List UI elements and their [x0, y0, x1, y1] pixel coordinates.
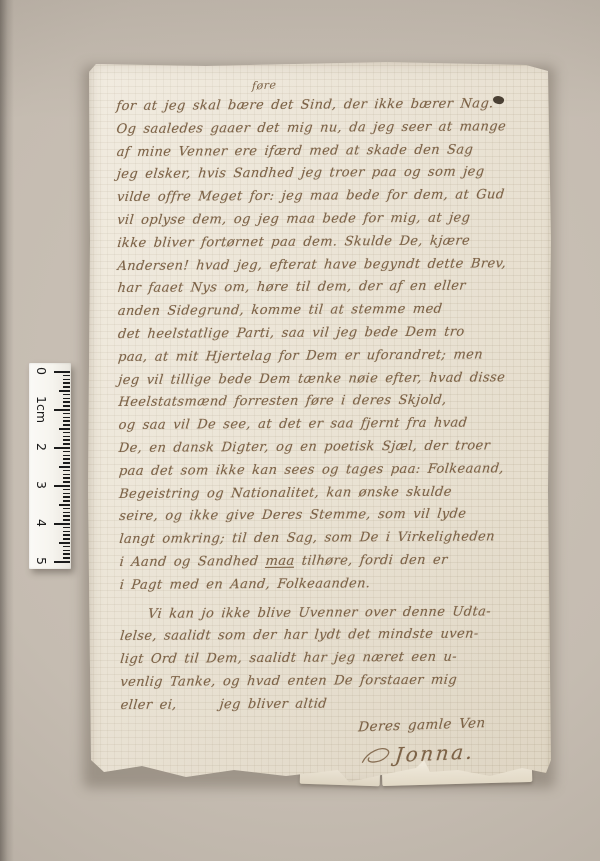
- ruler-tick: [59, 390, 70, 392]
- letter-line: Vi kan jo ikke blive Uvenner over denne …: [147, 601, 551, 627]
- ruler-tick: [63, 439, 70, 441]
- ruler-tick: [63, 420, 70, 422]
- ruler-tick: [54, 447, 70, 449]
- ruler-label: 0: [32, 358, 50, 384]
- ruler-label: 5: [32, 548, 50, 574]
- letter-line: Og saaledes gaaer det mig nu, da jeg see…: [115, 116, 547, 142]
- ruler-tick: [63, 477, 70, 479]
- ruler-tick: [63, 382, 70, 384]
- ruler-tick: [63, 531, 70, 533]
- ruler-tick: [54, 561, 70, 563]
- letter-line: seire, og ikke give Deres Stemme, som vi…: [118, 503, 550, 529]
- letter-line: langt omkring; til den Sag, som De i Vir…: [118, 526, 550, 552]
- ruler-tick: [63, 398, 70, 400]
- ruler-tick: [63, 500, 70, 502]
- ruler-label: 2: [32, 434, 50, 460]
- cm-ruler: 01cm2345: [29, 363, 71, 569]
- ruler-tick: [59, 504, 70, 506]
- ruler-tick: [54, 409, 70, 411]
- letter-line: ikke bliver fortørnet paa dem. Skulde De…: [116, 230, 548, 256]
- letter-signature: Jonna.: [394, 738, 476, 769]
- ruler-tick: [54, 371, 70, 373]
- ruler-tick: [63, 515, 70, 517]
- letter-line: i Aand og Sandhed maa tilhøre, fordi den…: [118, 549, 550, 575]
- ruler-tick: [63, 375, 70, 377]
- ruler-tick: [63, 432, 70, 434]
- ruler-tick: [63, 455, 70, 457]
- ruler-tick: [63, 462, 70, 464]
- letter-line: anden Sidegrund, komme til at stemme med: [117, 298, 549, 324]
- ruler-tick: [63, 481, 70, 483]
- ruler-tick: [63, 470, 70, 472]
- letter-line: i Pagt med en Aand, Folkeaanden.: [119, 572, 551, 598]
- ruler-tick: [63, 458, 70, 460]
- letter-line: jeg elsker, hvis Sandhed jeg troer paa o…: [116, 161, 548, 187]
- ruler-tick: [63, 401, 70, 403]
- ruler-tick: [63, 474, 70, 476]
- letter-signature-row: Jonna.: [360, 733, 554, 771]
- ruler-tick: [63, 557, 70, 559]
- letter-line: lelse, saalidt som der har lydt det mind…: [119, 623, 551, 649]
- letter-text: for at jeg skal bære det Sind, der ikke …: [115, 93, 550, 772]
- ruler-tick: [54, 523, 70, 525]
- photograph-of-letter: føre for at jeg skal bære det Sind, der …: [0, 0, 600, 861]
- ruler-tick: [63, 436, 70, 438]
- ruler-tick: [59, 466, 70, 468]
- ruler-tick: [63, 534, 70, 536]
- ruler-tick: [63, 496, 70, 498]
- letter-line: paa det som ikke kan sees og tages paa: …: [118, 458, 550, 484]
- letter-line: vilde offre Meget for: jeg maa bede for …: [116, 184, 548, 210]
- ruler-tick: [63, 493, 70, 495]
- letter-line: paa, at mit Hjertelag for Dem er uforand…: [117, 344, 549, 370]
- letter-line: for at jeg skal bære det Sind, der ikke …: [115, 93, 547, 119]
- ruler-tick: [63, 443, 70, 445]
- ruler-tick: [63, 519, 70, 521]
- letter-line: De, en dansk Digter, og en poetisk Sjæl,…: [118, 435, 550, 461]
- ruler-tick: [63, 394, 70, 396]
- ruler-tick: [63, 512, 70, 514]
- ruler-tick: [63, 527, 70, 529]
- ruler-tick: [63, 489, 70, 491]
- letter-line: og saa vil De see, at det er saa fjernt …: [117, 412, 549, 438]
- ruler-tick: [63, 553, 70, 555]
- ruler-tick: [59, 542, 70, 544]
- ruler-tick: [63, 379, 70, 381]
- letter-lines: for at jeg skal bære det Sind, der ikke …: [115, 93, 549, 718]
- ruler-tick: [63, 424, 70, 426]
- ruler-tick: [63, 386, 70, 388]
- ruler-label: 4: [32, 510, 50, 536]
- ruler-label: 1cm: [32, 396, 50, 422]
- letter-line: det heelstatlige Parti, saa vil jeg bede…: [117, 321, 549, 347]
- ruler-tick: [63, 546, 70, 548]
- ruler-tick: [63, 417, 70, 419]
- letter-line: venlig Tanke, og hvad enten De forstaaer…: [119, 669, 551, 695]
- ruler-label: 3: [32, 472, 50, 498]
- photo-left-edge-shadow: [0, 0, 14, 861]
- letter-line: ligt Ord til Dem, saalidt har jeg næret …: [119, 646, 551, 672]
- ruler-tick: [63, 413, 70, 415]
- letter-line: Heelstatsmænd forresten føre i deres Skj…: [117, 389, 549, 415]
- ruler-tick: [63, 538, 70, 540]
- ruler-tick: [63, 550, 70, 552]
- ruler-tick: [54, 485, 70, 487]
- inserted-word: føre: [252, 78, 277, 92]
- letter-paper: føre for at jeg skal bære det Sind, der …: [86, 60, 553, 787]
- ruler-tick: [59, 428, 70, 430]
- ruler-tick: [63, 405, 70, 407]
- ruler-tick: [63, 508, 70, 510]
- letter-line: har faaet Nys om, høre til dem, der af e…: [116, 275, 548, 301]
- letter-line: vil oplyse dem, og jeg maa bede for mig,…: [116, 207, 548, 233]
- ruler-tick: [63, 451, 70, 453]
